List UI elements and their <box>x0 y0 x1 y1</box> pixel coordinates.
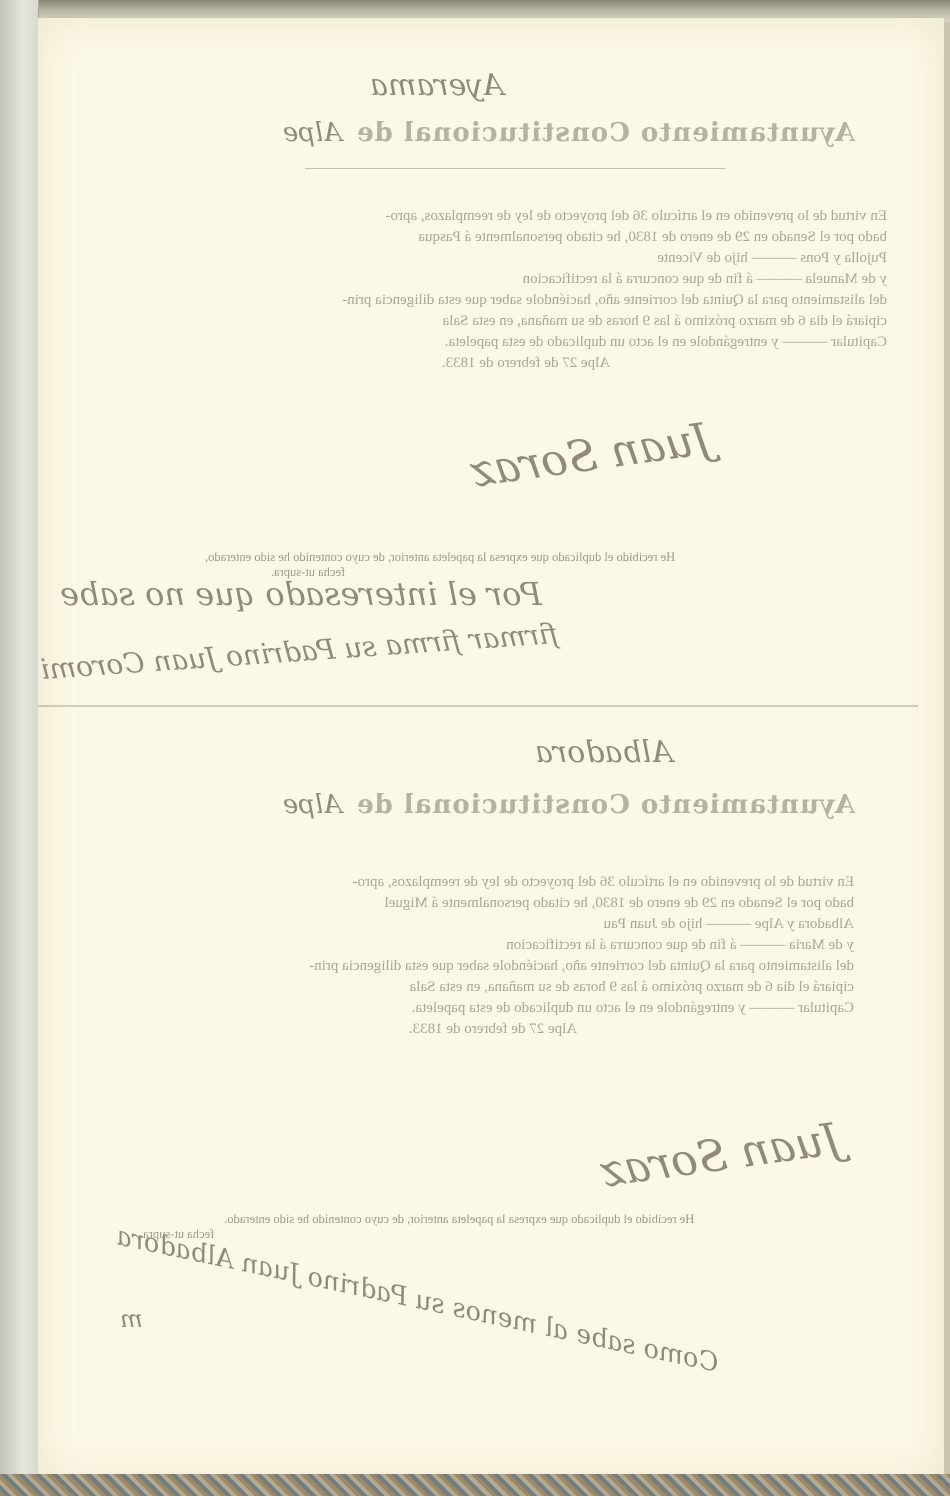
section-2-title-block: Ayuntamiento Constitucional de Alpe <box>235 790 855 820</box>
section-2-annotation: Albadora <box>535 735 673 770</box>
section-2-receipt-line-1: He recibido el duplicado que expresa la … <box>140 1212 694 1227</box>
book-binding <box>0 0 39 1496</box>
section-2-title-place: Alpe <box>283 790 342 820</box>
section-1-receipt-line-1: He recibido el duplicado que expresa la … <box>205 550 675 565</box>
section-1-date: Alpe 27 de febrero de 1833. <box>165 353 887 374</box>
section-2-line: bado por el Senado en 29 de enero de 183… <box>132 893 854 914</box>
section-2-date: Alpe 27 de febrero de 1833. <box>132 1019 854 1040</box>
section-2-line: cipiará el dia 6 de marzo próximo á las … <box>132 977 854 998</box>
section-1-title-block: Ayuntamiento Constitucional de Alpe <box>235 118 855 148</box>
page-fold-line <box>38 705 918 707</box>
section-1-title-rule <box>305 168 725 169</box>
section-1-title: Ayuntamiento Constitucional de <box>356 118 855 148</box>
marbled-cover-edge <box>0 1474 950 1496</box>
section-1-title-place: Alpe <box>283 118 342 148</box>
section-1-line: En virtud de lo prevenido en el artículo… <box>165 206 887 227</box>
section-2-line: del alistamiento para la Quinta del corr… <box>132 956 854 977</box>
section-2-receipt-line-2: fecha ut-supra. <box>140 1227 694 1242</box>
section-1-line: Capitular ——— y entregándole en el acto … <box>165 332 887 353</box>
section-2-line: Capitular ——— y entregándole en el acto … <box>132 998 854 1019</box>
section-1-line: y de Manuela ——— á fin de que concurra á… <box>165 269 887 290</box>
section-1-body: En virtud de lo prevenido en el artículo… <box>165 206 887 374</box>
section-2-title: Ayuntamiento Constitucional de <box>356 790 855 820</box>
section-2-line: y de Maria ——— á fin de que concurra á l… <box>132 935 854 956</box>
section-1-annotation: Ayerama <box>370 68 504 103</box>
section-1-line: cipiará el dia 6 de marzo próximo á las … <box>165 311 887 332</box>
section-1-line: Pujolla y Pons ——— hijo de Vicente <box>165 248 887 269</box>
section-1-receipt-handwriting-1: Por el interesado que no sabe <box>60 575 542 613</box>
section-2-body: En virtud de lo prevenido en el artículo… <box>132 872 854 1040</box>
section-1-line: bado por el Senado en 29 de enero de 183… <box>165 227 887 248</box>
section-2-receipt: He recibido el duplicado que expresa la … <box>140 1212 694 1242</box>
section-2-receipt-handwriting-2: m <box>120 1305 143 1333</box>
section-2-line: Albadora y Alpe ——— hijo de Juan Pau <box>132 914 854 935</box>
section-1-line: del alistamiento para la Quinta del corr… <box>165 290 887 311</box>
section-2-line: En virtud de lo prevenido en el artículo… <box>132 872 854 893</box>
